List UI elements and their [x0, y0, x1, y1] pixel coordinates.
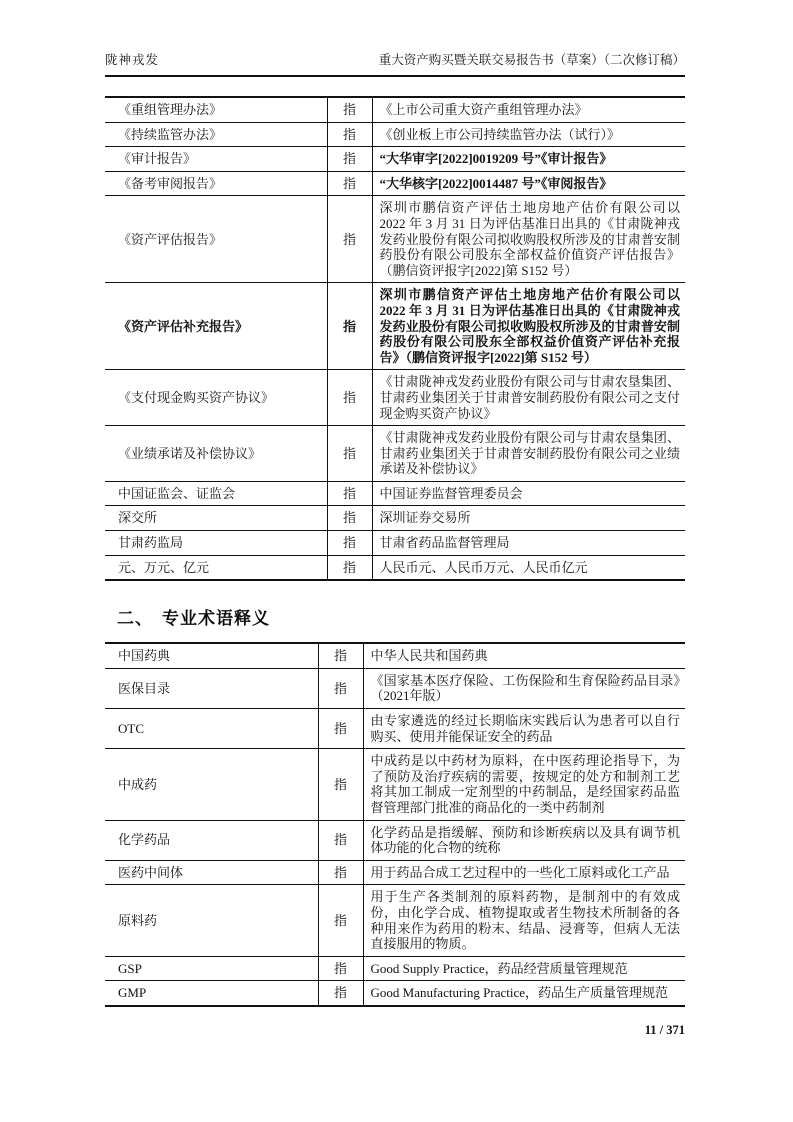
term-cell: 化学药品 — [105, 820, 318, 860]
definition-cell: “大华审字[2022]0019209 号”《审计报告》 — [372, 147, 685, 172]
definition-cell: 《上市公司重大资产重组管理办法》 — [372, 97, 685, 122]
table-row: 元、万元、亿元 指 人民币元、人民币万元、人民币亿元 — [105, 555, 685, 580]
table-row: 深交所 指 深圳证券交易所 — [105, 506, 685, 531]
term-cell: 《资产评估报告》 — [105, 196, 327, 283]
zhi-cell: 指 — [318, 668, 363, 708]
definition-cell: 由专家遴选的经过长期临床实践后认为患者可以自行购买、使用并能保证安全的药品 — [363, 709, 685, 749]
table-row: GMP 指 Good Manufacturing Practice，药品生产质量… — [105, 981, 685, 1006]
term-cell: 《审计报告》 — [105, 147, 327, 172]
table-row: 《重组管理办法》 指 《上市公司重大资产重组管理办法》 — [105, 97, 685, 122]
zhi-cell: 指 — [318, 643, 363, 668]
zhi-cell: 指 — [318, 749, 363, 820]
term-cell: 中国药典 — [105, 643, 318, 668]
header-company-name: 陇神戎发 — [105, 50, 159, 68]
zhi-cell: 指 — [327, 171, 372, 196]
terms-definition-table: 《重组管理办法》 指 《上市公司重大资产重组管理办法》 《持续监管办法》 指 《… — [105, 96, 685, 581]
zhi-cell: 指 — [327, 555, 372, 580]
table-row: 《审计报告》 指 “大华审字[2022]0019209 号”《审计报告》 — [105, 147, 685, 172]
page-content: 陇神戎发 重大资产购买暨关联交易报告书（草案）（二次修订稿） 《重组管理办法》 … — [105, 50, 685, 1007]
definition-cell: 深圳市鹏信资产评估土地房地产估价有限公司以 2022 年 3 月 31 日为评估… — [372, 283, 685, 370]
table-row: 《支付现金购买资产协议》 指 《甘肃陇神戎发药业股份有限公司与甘肃农垦集团、甘肃… — [105, 370, 685, 426]
table-row: 《资产评估补充报告》 指 深圳市鹏信资产评估土地房地产估价有限公司以 2022 … — [105, 283, 685, 370]
zhi-cell: 指 — [318, 956, 363, 981]
term-cell: 原料药 — [105, 885, 318, 956]
zhi-cell: 指 — [327, 97, 372, 122]
definition-cell: 化学药品是指缓解、预防和诊断疾病以及具有调节机体功能的化合物的统称 — [363, 820, 685, 860]
term-cell: 医保目录 — [105, 668, 318, 708]
term-cell: 《业绩承诺及补偿协议》 — [105, 426, 327, 482]
term-cell: 《资产评估补充报告》 — [105, 283, 327, 370]
definition-cell: 人民币元、人民币万元、人民币亿元 — [372, 555, 685, 580]
zhi-cell: 指 — [327, 147, 372, 172]
zhi-cell: 指 — [318, 860, 363, 885]
zhi-cell: 指 — [327, 506, 372, 531]
term-cell: 《备考审阅报告》 — [105, 171, 327, 196]
zhi-cell: 指 — [327, 196, 372, 283]
header-report-title: 重大资产购买暨关联交易报告书（草案）（二次修订稿） — [379, 50, 685, 68]
zhi-cell: 指 — [327, 122, 372, 147]
term-cell: 医药中间体 — [105, 860, 318, 885]
definition-cell: 《国家基本医疗保险、工伤保险和生育保险药品目录》（2021年版） — [363, 668, 685, 708]
table-row: 中成药 指 中成药是以中药材为原料，在中医药理论指导下，为了预防及治疗疾病的需要… — [105, 749, 685, 820]
table-row: 《资产评估报告》 指 深圳市鹏信资产评估土地房地产估价有限公司以 2022 年 … — [105, 196, 685, 283]
definition-cell: 深圳证券交易所 — [372, 506, 685, 531]
definition-cell: Good Supply Practice，药品经营质量管理规范 — [363, 956, 685, 981]
page-number: 11 / 371 — [645, 1023, 685, 1038]
table-row: GSP 指 Good Supply Practice，药品经营质量管理规范 — [105, 956, 685, 981]
table-row: OTC 指 由专家遴选的经过长期临床实践后认为患者可以自行购买、使用并能保证安全… — [105, 709, 685, 749]
definition-cell: 甘肃省药品监督管理局 — [372, 531, 685, 556]
zhi-cell: 指 — [318, 820, 363, 860]
zhi-cell: 指 — [318, 981, 363, 1006]
term-cell: 深交所 — [105, 506, 327, 531]
definition-cell: 《甘肃陇神戎发药业股份有限公司与甘肃农垦集团、甘肃药业集团关于甘肃普安制药股份有… — [372, 426, 685, 482]
table-row: 中国药典 指 中华人民共和国药典 — [105, 643, 685, 668]
term-cell: 《持续监管办法》 — [105, 122, 327, 147]
definition-cell: 深圳市鹏信资产评估土地房地产估价有限公司以 2022 年 3 月 31 日为评估… — [372, 196, 685, 283]
zhi-cell: 指 — [318, 885, 363, 956]
table-row: 《持续监管办法》 指 《创业板上市公司持续监管办法（试行）》 — [105, 122, 685, 147]
page-header: 陇神戎发 重大资产购买暨关联交易报告书（草案）（二次修订稿） — [105, 50, 685, 77]
table-row: 中国证监会、证监会 指 中国证券监督管理委员会 — [105, 481, 685, 506]
zhi-cell: 指 — [318, 709, 363, 749]
zhi-cell: 指 — [327, 370, 372, 426]
zhi-cell: 指 — [327, 481, 372, 506]
definition-cell: 中成药是以中药材为原料，在中医药理论指导下，为了预防及治疗疾病的需要，按规定的处… — [363, 749, 685, 820]
table-row: 原料药 指 用于生产各类制剂的原料药物，是制剂中的有效成份，由化学合成、植物提取… — [105, 885, 685, 956]
zhi-cell: 指 — [327, 426, 372, 482]
term-cell: OTC — [105, 709, 318, 749]
definition-cell: “大华核字[2022]0014487 号”《审阅报告》 — [372, 171, 685, 196]
definition-cell: 用于药品合成工艺过程中的一些化工原料或化工产品 — [363, 860, 685, 885]
term-cell: GSP — [105, 956, 318, 981]
term-cell: 中国证监会、证监会 — [105, 481, 327, 506]
term-cell: 元、万元、亿元 — [105, 555, 327, 580]
definition-cell: 《甘肃陇神戎发药业股份有限公司与甘肃农垦集团、甘肃药业集团关于甘肃普安制药股份有… — [372, 370, 685, 426]
table-row: 《业绩承诺及补偿协议》 指 《甘肃陇神戎发药业股份有限公司与甘肃农垦集团、甘肃药… — [105, 426, 685, 482]
definition-cell: Good Manufacturing Practice，药品生产质量管理规范 — [363, 981, 685, 1006]
definition-cell: 用于生产各类制剂的原料药物，是制剂中的有效成份，由化学合成、植物提取或者生物技术… — [363, 885, 685, 956]
term-cell: 甘肃药监局 — [105, 531, 327, 556]
zhi-cell: 指 — [327, 531, 372, 556]
section-title: 专业术语释义 — [162, 609, 270, 629]
table-row: 医保目录 指 《国家基本医疗保险、工伤保险和生育保险药品目录》（2021年版） — [105, 668, 685, 708]
table-row: 医药中间体 指 用于药品合成工艺过程中的一些化工原料或化工产品 — [105, 860, 685, 885]
table-row: 《备考审阅报告》 指 “大华核字[2022]0014487 号”《审阅报告》 — [105, 171, 685, 196]
definition-cell: 中华人民共和国药典 — [363, 643, 685, 668]
zhi-cell: 指 — [327, 283, 372, 370]
glossary-table: 中国药典 指 中华人民共和国药典 医保目录 指 《国家基本医疗保险、工伤保险和生… — [105, 642, 685, 1007]
definition-cell: 《创业板上市公司持续监管办法（试行）》 — [372, 122, 685, 147]
section-heading: 二、专业术语释义 — [117, 604, 685, 629]
table-row: 甘肃药监局 指 甘肃省药品监督管理局 — [105, 531, 685, 556]
document-page: 陇神戎发 重大资产购买暨关联交易报告书（草案）（二次修订稿） 《重组管理办法》 … — [0, 0, 793, 1122]
term-cell: 《重组管理办法》 — [105, 97, 327, 122]
section-number: 二、 — [117, 609, 153, 629]
term-cell: 《支付现金购买资产协议》 — [105, 370, 327, 426]
term-cell: GMP — [105, 981, 318, 1006]
term-cell: 中成药 — [105, 749, 318, 820]
table-row: 化学药品 指 化学药品是指缓解、预防和诊断疾病以及具有调节机体功能的化合物的统称 — [105, 820, 685, 860]
definition-cell: 中国证券监督管理委员会 — [372, 481, 685, 506]
